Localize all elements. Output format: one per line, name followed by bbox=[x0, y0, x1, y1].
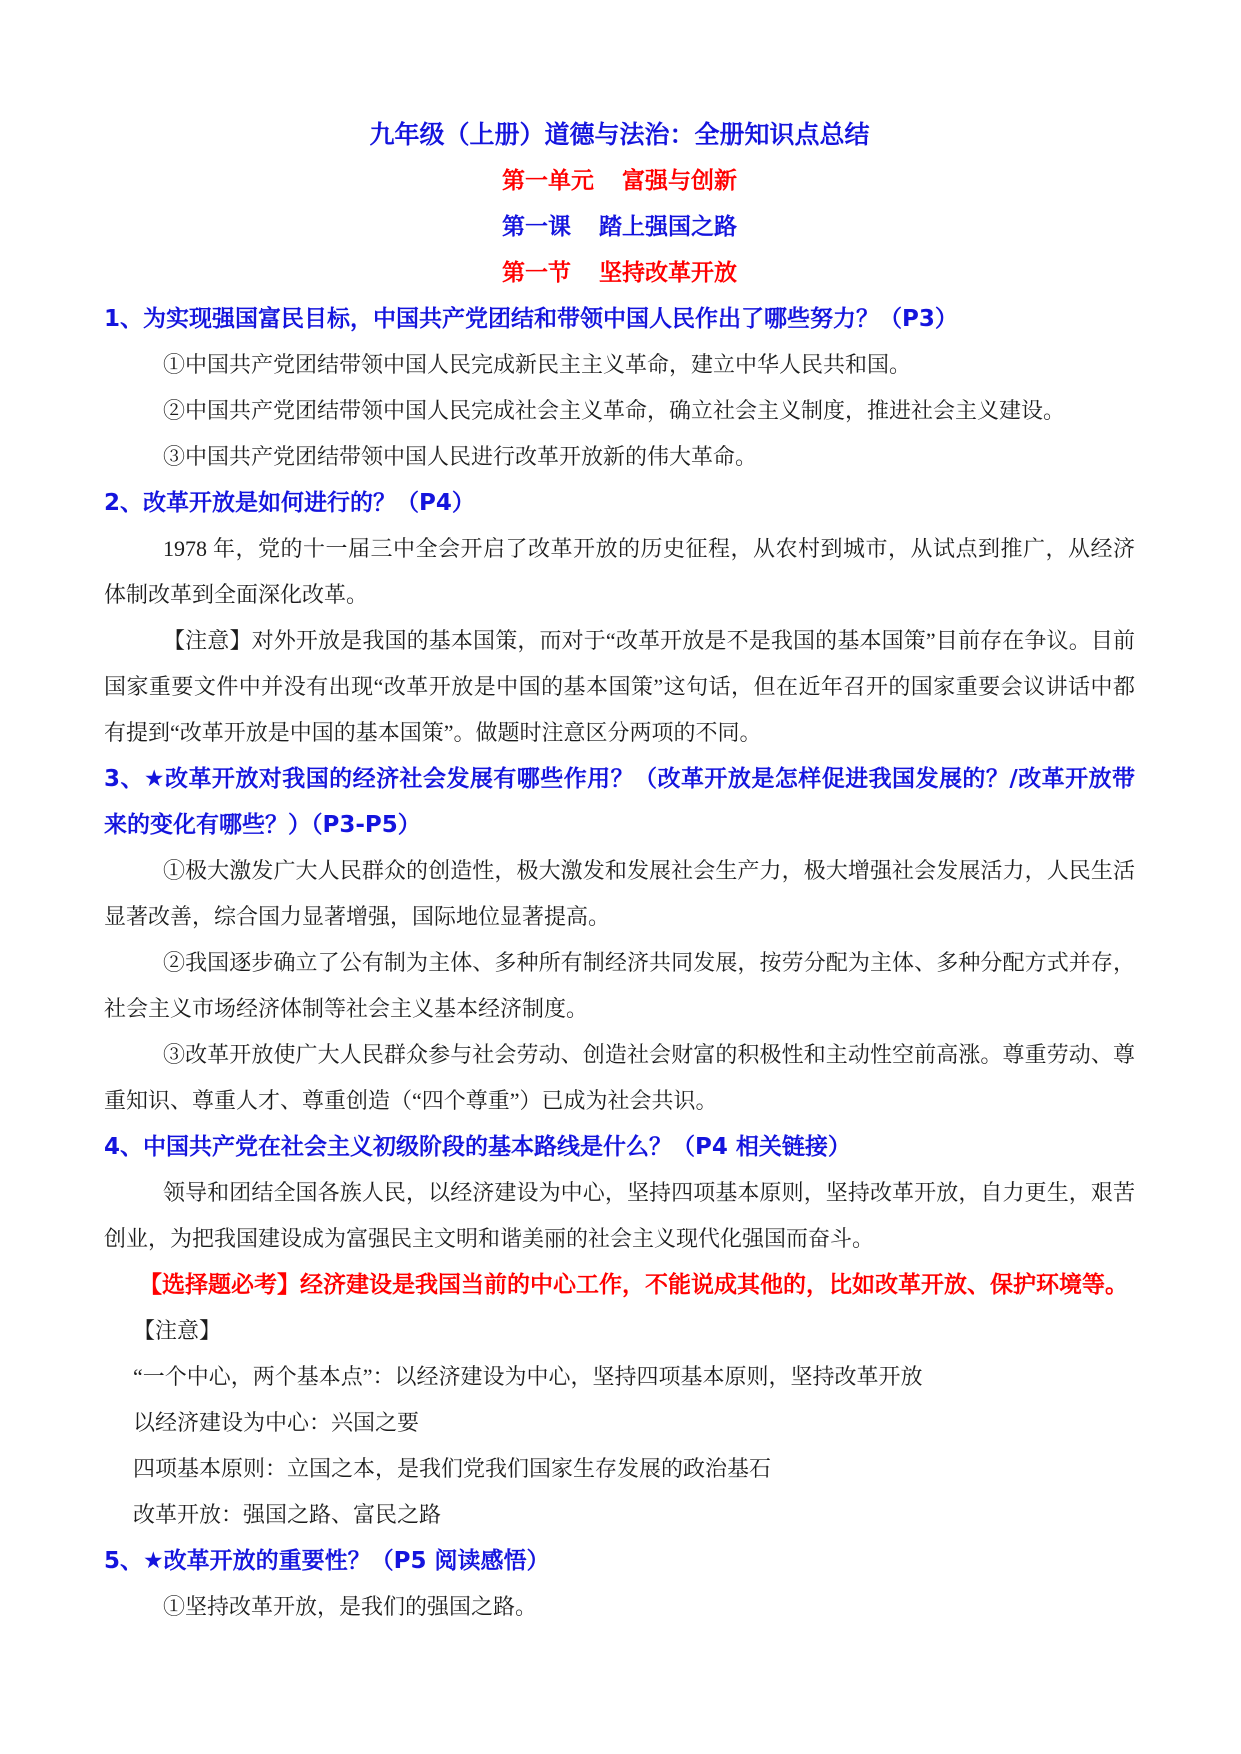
document-title: 九年级（上册）道德与法治：全册知识点总结 bbox=[104, 112, 1135, 158]
question-5: 5、★改革开放的重要性？（P5 阅读感悟） bbox=[104, 1538, 1135, 1584]
heading-section: 第一节坚持改革开放 bbox=[104, 250, 1135, 296]
heading-unit: 第一单元富强与创新 bbox=[104, 158, 1135, 204]
answer-5-1: ①坚持改革开放，是我们的强国之路。 bbox=[104, 1584, 1135, 1630]
heading-lesson-name: 踏上强国之路 bbox=[599, 214, 737, 240]
section-headings: 第一单元富强与创新第一课踏上强国之路第一节坚持改革开放 bbox=[104, 158, 1135, 296]
note-4-3: 四项基本原则：立国之本，是我们党我们国家生存发展的政治基石 bbox=[104, 1446, 1135, 1492]
answer-4-1: 领导和团结全国各族人民，以经济建设为中心，坚持四项基本原则，坚持改革开放，自力更… bbox=[104, 1170, 1135, 1262]
heading-lesson: 第一课踏上强国之路 bbox=[104, 204, 1135, 250]
note-2: 【注意】对外开放是我国的基本国策，而对于“改革开放是不是我国的基本国策”目前存在… bbox=[104, 618, 1135, 756]
note-4-4: 改革开放：强国之路、富民之路 bbox=[104, 1492, 1135, 1538]
document-content: 九年级（上册）道德与法治：全册知识点总结 第一单元富强与创新第一课踏上强国之路第… bbox=[104, 112, 1135, 1630]
answer-1-3: ③中国共产党团结带领中国人民进行改革开放新的伟大革命。 bbox=[104, 434, 1135, 480]
note-4-2: 以经济建设为中心：兴国之要 bbox=[104, 1400, 1135, 1446]
heading-unit-name: 富强与创新 bbox=[622, 168, 737, 194]
answer-3-1: ①极大激发广大人民群众的创造性，极大激发和发展社会生产力，极大增强社会发展活力，… bbox=[104, 848, 1135, 940]
question-3: 3、★改革开放对我国的经济社会发展有哪些作用？（改革开放是怎样促进我国发展的？/… bbox=[104, 756, 1135, 848]
answer-2-1: 1978 年，党的十一届三中全会开启了改革开放的历史征程，从农村到城市，从试点到… bbox=[104, 526, 1135, 618]
document-paragraphs: 1、为实现强国富民目标，中国共产党团结和带领中国人民作出了哪些努力？（P3）①中… bbox=[104, 296, 1135, 1630]
document-page: 九年级（上册）道德与法治：全册知识点总结 第一单元富强与创新第一课踏上强国之路第… bbox=[0, 0, 1241, 1754]
heading-lesson-number: 第一课 bbox=[502, 214, 571, 240]
note-4-title: 【注意】 bbox=[104, 1308, 1135, 1354]
question-1: 1、为实现强国富民目标，中国共产党团结和带领中国人民作出了哪些努力？（P3） bbox=[104, 296, 1135, 342]
note-4-1: “一个中心，两个基本点”：以经济建设为中心，坚持四项基本原则，坚持改革开放 bbox=[104, 1354, 1135, 1400]
answer-1-1: ①中国共产党团结带领中国人民完成新民主主义革命，建立中华人民共和国。 bbox=[104, 342, 1135, 388]
heading-unit-number: 第一单元 bbox=[502, 168, 594, 194]
question-4: 4、中国共产党在社会主义初级阶段的基本路线是什么？（P4 相关链接） bbox=[104, 1124, 1135, 1170]
question-2: 2、改革开放是如何进行的？（P4） bbox=[104, 480, 1135, 526]
heading-section-number: 第一节 bbox=[502, 260, 571, 286]
answer-1-2: ②中国共产党团结带领中国人民完成社会主义革命，确立社会主义制度，推进社会主义建设… bbox=[104, 388, 1135, 434]
alert-4: 【选择题必考】经济建设是我国当前的中心工作，不能说成其他的，比如改革开放、保护环… bbox=[104, 1262, 1135, 1308]
answer-3-2: ②我国逐步确立了公有制为主体、多种所有制经济共同发展，按劳分配为主体、多种分配方… bbox=[104, 940, 1135, 1032]
answer-3-3: ③改革开放使广大人民群众参与社会劳动、创造社会财富的积极性和主动性空前高涨。尊重… bbox=[104, 1032, 1135, 1124]
heading-section-name: 坚持改革开放 bbox=[599, 260, 737, 286]
